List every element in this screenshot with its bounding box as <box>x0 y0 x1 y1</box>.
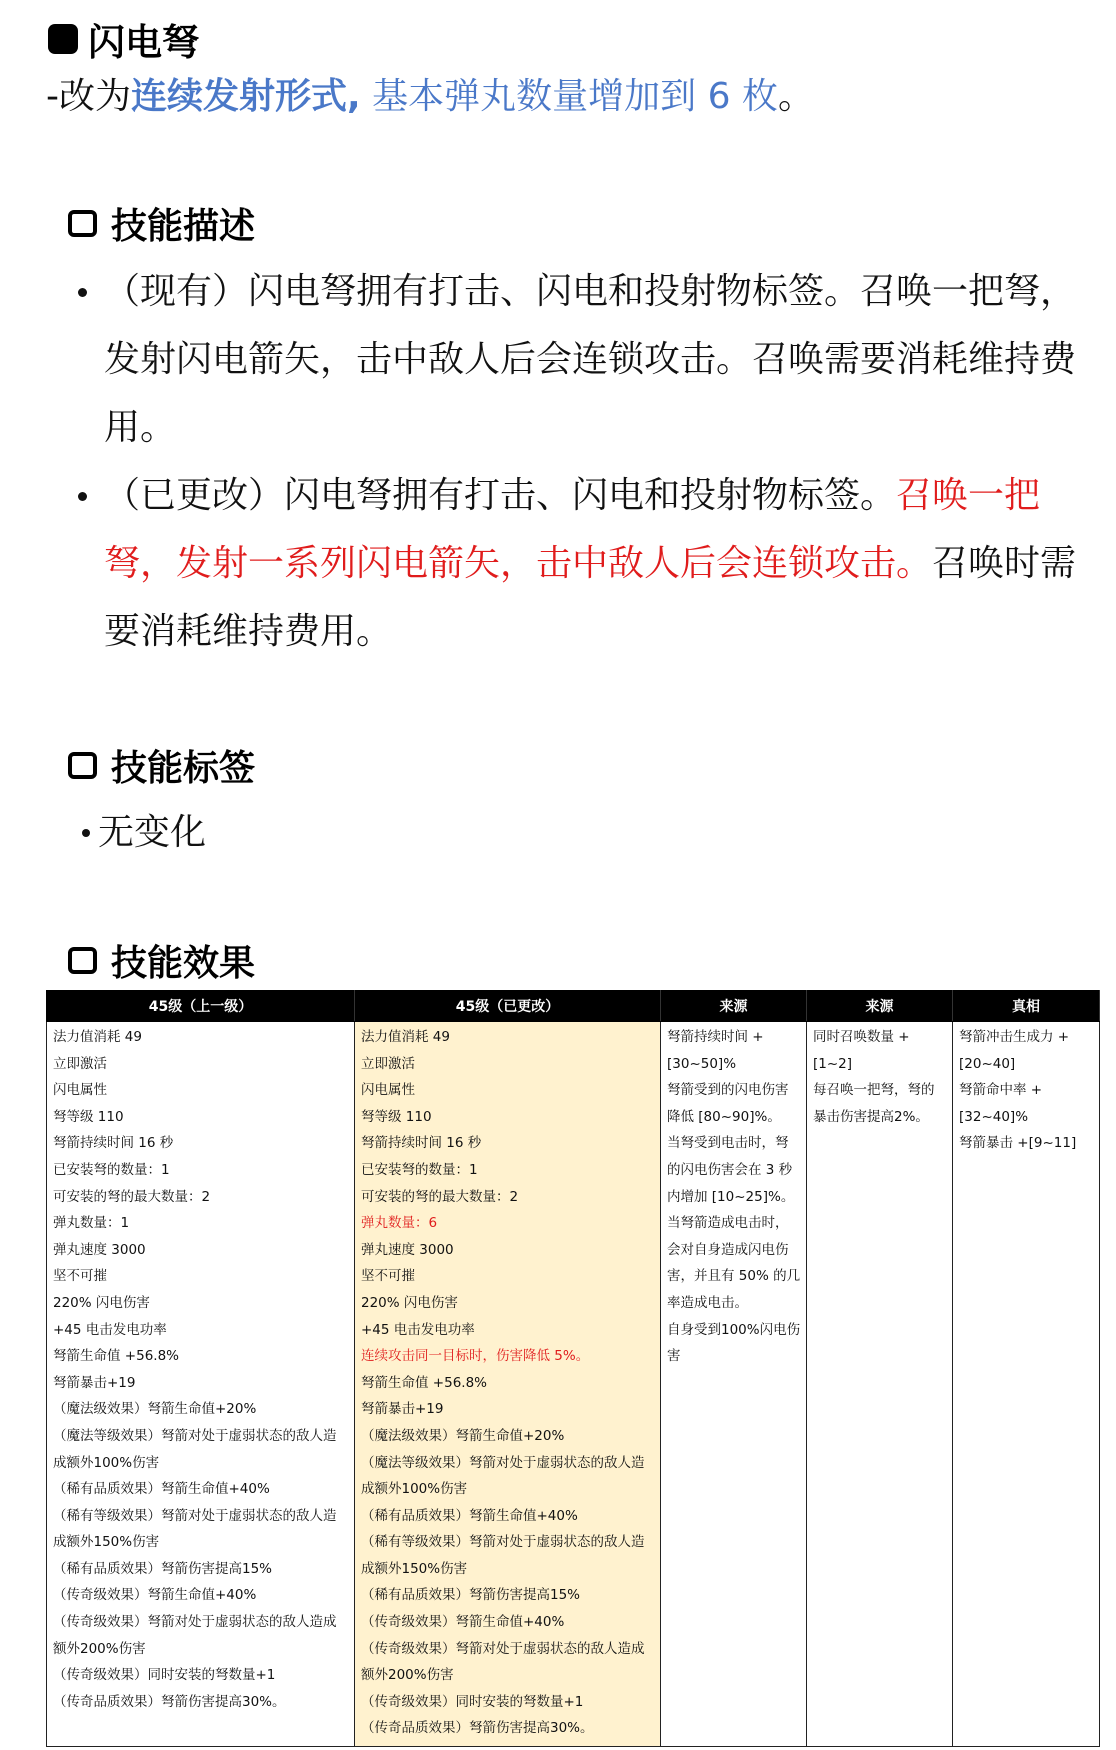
cell-line: 当弩箭造成电击时，会对自身造成闪电伤害，并且有 50% 的几率造成电击。 <box>667 1210 801 1316</box>
header-changed-level: 45级（已更改） <box>355 991 661 1022</box>
section-heading-effects: 技能效果 <box>68 935 255 985</box>
cell-changed-level: 法力值消耗 49立即激活闪电属性弩等级 110弩箭持续时间 16 秒已安装弩的数… <box>355 1022 661 1747</box>
cell-line: 弩箭暴击 +[9~11] <box>959 1130 1094 1157</box>
cell-line-changed: 弹丸数量：6 <box>361 1210 655 1237</box>
cell-line: 法力值消耗 49 <box>53 1024 349 1051</box>
cell-line: 每召唤一把弩，弩的暴击伤害提高2%。 <box>813 1077 947 1130</box>
cell-line: （魔法等级效果）弩箭对处于虚弱状态的敌人造成额外100%伤害 <box>53 1423 349 1476</box>
section-heading-label: 技能标签 <box>111 740 255 791</box>
cell-line: 可安装的弩的最大数量：2 <box>53 1184 349 1211</box>
cell-line: 当弩受到电击时，弩的闪电伤害会在 3 秒内增加 [10~25]%。 <box>667 1130 801 1210</box>
tags-item: 无变化 <box>82 808 206 858</box>
cell-line: （传奇级效果）弩箭对处于虚弱状态的敌人造成额外200%伤害 <box>53 1609 349 1662</box>
title-text: 闪电弩 <box>88 12 199 66</box>
cell-line: 弩等级 110 <box>53 1104 349 1131</box>
cell-line: （魔法等级效果）弩箭对处于虚弱状态的敌人造成额外100%伤害 <box>361 1450 655 1503</box>
cell-line: +45 电击发电功率 <box>53 1317 349 1344</box>
cell-line: 弩箭持续时间 +[30~50]% <box>667 1024 801 1077</box>
section-heading-description: 技能描述 <box>68 198 255 248</box>
description-text-before: （已更改）闪电弩拥有打击、闪电和投射物标签。 <box>104 475 896 516</box>
cell-source-1: 弩箭持续时间 +[30~50]%弩箭受到的闪电伤害降低 [80~90]%。当弩受… <box>661 1022 807 1747</box>
bullet-dot-icon <box>78 288 87 297</box>
hollow-square-icon <box>68 947 97 974</box>
cell-line: 立即激活 <box>361 1051 655 1078</box>
cell-line: 弩箭暴击+19 <box>361 1396 655 1423</box>
cell-line: 弩箭命中率 +[32~40]% <box>959 1077 1094 1130</box>
cell-line: 弩等级 110 <box>361 1104 655 1131</box>
summary-suffix: 。 <box>778 76 814 117</box>
description-item-current: （现有）闪电弩拥有打击、闪电和投射物标签。召唤一把弩，发射闪电箭矢，击中敌人后会… <box>78 258 1078 462</box>
cell-line: 坚不可摧 <box>53 1263 349 1290</box>
table-header-row: 45级（上一级） 45级（已更改） 来源 来源 真相 <box>47 991 1100 1022</box>
cell-line: 自身受到100%闪电伤害 <box>667 1317 801 1370</box>
hollow-square-icon <box>68 752 97 779</box>
cell-line: 弩箭暴击+19 <box>53 1370 349 1397</box>
hollow-square-icon <box>68 210 97 237</box>
description-item-changed: （已更改）闪电弩拥有打击、闪电和投射物标签。召唤一把弩，发射一系列闪电箭矢，击中… <box>78 462 1078 666</box>
cell-line: （传奇级效果）弩箭对处于虚弱状态的敌人造成额外200%伤害 <box>361 1636 655 1689</box>
section-heading-label: 技能描述 <box>111 198 255 249</box>
cell-line-changed: 连续攻击同一目标时，伤害降低 5%。 <box>361 1343 655 1370</box>
cell-source-2: 同时召唤数量 +[1~2]每召唤一把弩，弩的暴击伤害提高2%。 <box>807 1022 953 1747</box>
section-heading-label: 技能效果 <box>111 935 255 986</box>
summary-highlight-bold: 连续发射形式, <box>131 76 361 117</box>
cell-line: 220% 闪电伤害 <box>53 1290 349 1317</box>
cell-line: 弹丸速度 3000 <box>53 1237 349 1264</box>
header-previous-level: 45级（上一级） <box>47 991 355 1022</box>
cell-line: （稀有等级效果）弩箭对处于虚弱状态的敌人造成额外150%伤害 <box>361 1529 655 1582</box>
cell-line: 弩箭生命值 +56.8% <box>361 1370 655 1397</box>
cell-line: （传奇级效果）弩箭生命值+40% <box>53 1582 349 1609</box>
cell-line: （传奇品质效果）弩箭伤害提高30%。 <box>361 1715 655 1742</box>
change-summary: -改为连续发射形式, 基本弹丸数量增加到 6 枚。 <box>46 72 814 122</box>
cell-line: （传奇级效果）同时安装的弩数量+1 <box>53 1662 349 1689</box>
cell-line: （魔法级效果）弩箭生命值+20% <box>361 1423 655 1450</box>
bullet-dot-icon <box>82 829 90 837</box>
cell-line: （稀有等级效果）弩箭对处于虚弱状态的敌人造成额外150%伤害 <box>53 1503 349 1556</box>
cell-line: 立即激活 <box>53 1051 349 1078</box>
cell-line: 法力值消耗 49 <box>361 1024 655 1051</box>
cell-previous-level: 法力值消耗 49立即激活闪电属性弩等级 110弩箭持续时间 16 秒已安装弩的数… <box>47 1022 355 1747</box>
summary-prefix: -改为 <box>46 76 131 117</box>
description-text: （现有）闪电弩拥有打击、闪电和投射物标签。召唤一把弩，发射闪电箭矢，击中敌人后会… <box>104 271 1076 448</box>
cell-line: 弩箭生命值 +56.8% <box>53 1343 349 1370</box>
cell-truth: 弩箭冲击生成力 +[20~40]弩箭命中率 +[32~40]%弩箭暴击 +[9~… <box>953 1022 1100 1747</box>
cell-line: 弹丸数量：1 <box>53 1210 349 1237</box>
cell-line: 可安装的弩的最大数量：2 <box>361 1184 655 1211</box>
filled-square-icon <box>48 24 78 54</box>
cell-line: （稀有品质效果）弩箭生命值+40% <box>361 1503 655 1530</box>
tags-item-text: 无变化 <box>98 808 206 858</box>
cell-line: （稀有品质效果）弩箭生命值+40% <box>53 1476 349 1503</box>
cell-line: （传奇级效果）弩箭生命值+40% <box>361 1609 655 1636</box>
cell-line: 弹丸速度 3000 <box>361 1237 655 1264</box>
header-source-1: 来源 <box>661 991 807 1022</box>
cell-line: 弩箭持续时间 16 秒 <box>53 1130 349 1157</box>
page-title: 闪电弩 <box>48 14 199 64</box>
cell-line: 已安装弩的数量：1 <box>361 1157 655 1184</box>
cell-line: 已安装弩的数量：1 <box>53 1157 349 1184</box>
table-row: 法力值消耗 49立即激活闪电属性弩等级 110弩箭持续时间 16 秒已安装弩的数… <box>47 1022 1100 1747</box>
section-heading-tags: 技能标签 <box>68 740 255 790</box>
effects-table: 45级（上一级） 45级（已更改） 来源 来源 真相 法力值消耗 49立即激活闪… <box>46 990 1100 1747</box>
cell-line: （稀有品质效果）弩箭伤害提高15% <box>361 1582 655 1609</box>
cell-line: 弩箭冲击生成力 +[20~40] <box>959 1024 1094 1077</box>
cell-line: （传奇品质效果）弩箭伤害提高30%。 <box>53 1689 349 1716</box>
cell-line: 坚不可摧 <box>361 1263 655 1290</box>
description-list: （现有）闪电弩拥有打击、闪电和投射物标签。召唤一把弩，发射闪电箭矢，击中敌人后会… <box>78 258 1078 666</box>
cell-line: （传奇级效果）同时安装的弩数量+1 <box>361 1689 655 1716</box>
cell-line: +45 电击发电功率 <box>361 1317 655 1344</box>
bullet-dot-icon <box>78 492 87 501</box>
cell-line: 220% 闪电伤害 <box>361 1290 655 1317</box>
cell-line: 闪电属性 <box>361 1077 655 1104</box>
cell-line: （稀有品质效果）弩箭伤害提高15% <box>53 1556 349 1583</box>
cell-line: 弩箭受到的闪电伤害降低 [80~90]%。 <box>667 1077 801 1130</box>
header-truth: 真相 <box>953 991 1100 1022</box>
header-source-2: 来源 <box>807 991 953 1022</box>
cell-line: （魔法级效果）弩箭生命值+20% <box>53 1396 349 1423</box>
cell-line: 同时召唤数量 +[1~2] <box>813 1024 947 1077</box>
summary-highlight: 基本弹丸数量增加到 6 枚 <box>361 76 778 117</box>
cell-line: 闪电属性 <box>53 1077 349 1104</box>
cell-line: 弩箭持续时间 16 秒 <box>361 1130 655 1157</box>
